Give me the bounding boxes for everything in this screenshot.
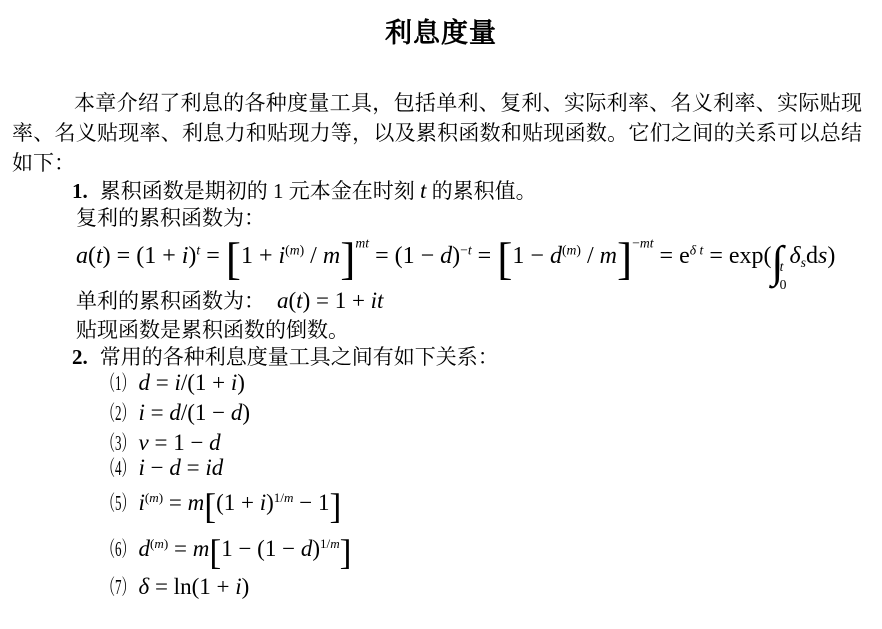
relation-row-6: （6）d(m) = m[1 − (1 − d)1/m] xyxy=(102,534,352,567)
integral-sign: ∫t0 xyxy=(772,243,790,269)
item-2-text: 常用的各种利息度量工具之间有如下关系： xyxy=(100,345,499,369)
item-1-text-post: 的累积值。 xyxy=(426,179,536,203)
relation-row-1: （1）d = i/(1 + i) xyxy=(102,368,245,401)
relation-1-formula: d = i/(1 + i) xyxy=(139,370,245,395)
page-title: 利息度量 xyxy=(0,16,882,50)
relation-row-2: （2）i = d/(1 − d) xyxy=(102,398,250,431)
compound-accumulation-formula: a(t) = (1 + i)t = [1 + i(m) / m]mt = (1 … xyxy=(76,230,835,292)
relation-3-formula: v = 1 − d xyxy=(139,430,221,455)
relation-6-number: （6） xyxy=(102,534,135,564)
intro-paragraph: 本章介绍了利息的各种度量工具，包括单利、复利、实际利率、名义利率、实际贴现率、名… xyxy=(12,88,862,178)
relation-row-7: （7）δ = ln(1 + i) xyxy=(102,572,249,605)
simple-accumulation-line: 单利的累积函数为：a(t) = 1 + it xyxy=(76,286,383,316)
compound-accumulation-label: 复利的累积函数为： xyxy=(76,203,265,233)
relation-6-formula: d(m) = m[1 − (1 − d)1/m] xyxy=(139,536,352,561)
item-1-text-pre: 累积函数是期初的 1 元本金在时刻 xyxy=(100,179,420,203)
item-1-line: 1.累积函数是期初的 1 元本金在时刻 t 的累积值。 xyxy=(72,176,537,206)
relation-row-5: （5）i(m) = m[(1 + i)1/m − 1] xyxy=(102,488,341,521)
relation-1-number: （1） xyxy=(102,368,135,398)
relation-4-number: （4） xyxy=(102,453,135,483)
simple-accumulation-label: 单利的累积函数为： xyxy=(76,289,265,313)
relation-5-number: （5） xyxy=(102,488,135,518)
relation-2-formula: i = d/(1 − d) xyxy=(139,400,251,425)
simple-accumulation-formula: a(t) = 1 + it xyxy=(277,288,383,313)
discount-function-note: 贴现函数是累积函数的倒数。 xyxy=(76,315,349,345)
item-2-number: 2. xyxy=(72,345,88,369)
relation-7-number: （7） xyxy=(102,572,135,602)
relation-7-formula: δ = ln(1 + i) xyxy=(139,574,250,599)
item-1-number: 1. xyxy=(72,179,88,203)
relation-4-formula: i − d = id xyxy=(139,455,224,480)
relation-row-4: （4）i − d = id xyxy=(102,453,223,486)
relation-5-formula: i(m) = m[(1 + i)1/m − 1] xyxy=(139,490,342,515)
document-page: 利息度量 本章介绍了利息的各种度量工具，包括单利、复利、实际利率、名义利率、实际… xyxy=(0,0,882,629)
relation-2-number: （2） xyxy=(102,398,135,428)
